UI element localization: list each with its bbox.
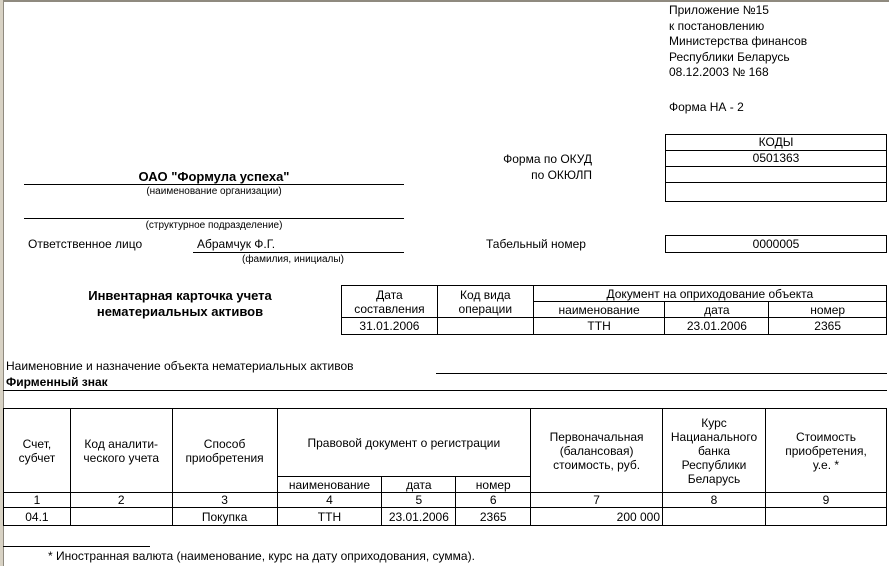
- asset-label-underline: [436, 373, 887, 374]
- okud-label: Форма по ОКУД: [470, 152, 592, 166]
- card-title-line2: нематериальных активов: [40, 304, 320, 320]
- column-number: 4: [277, 493, 382, 508]
- column-number: 7: [531, 493, 663, 508]
- compile-date-cell[interactable]: 31.01.2006: [342, 318, 438, 335]
- op-code-header: Код вида операции: [437, 286, 533, 318]
- appendix-line: Республики Беларусь: [669, 50, 807, 66]
- column-number: 1: [4, 493, 71, 508]
- department-underline: [24, 218, 404, 219]
- appendix-line: 08.12.2003 № 168: [669, 65, 807, 81]
- doc-name-subheader: наименование: [533, 302, 665, 318]
- asset-label: Наименовние и назначение объекта нематер…: [6, 359, 354, 373]
- legal-doc-number-subheader: номер: [456, 477, 531, 493]
- appendix-line: Приложение №15: [669, 3, 807, 19]
- legal-doc-date-subheader: дата: [382, 477, 456, 493]
- responsible-label: Ответственное лицо: [28, 237, 142, 251]
- column-number: 6: [456, 493, 531, 508]
- table-row: 04.1 Покупка ТТН 23.01.2006 2365 200 000: [4, 508, 887, 526]
- codes-title: КОДЫ: [666, 135, 886, 151]
- asset-table: Счет, субчет Код аналити-ческого учета С…: [3, 408, 887, 526]
- window-frame-top: [0, 0, 889, 2]
- card-title-line1: Инвентарная карточка учета: [40, 288, 320, 304]
- doc-name-cell[interactable]: ТТН: [533, 318, 665, 335]
- column-number: 5: [382, 493, 456, 508]
- analytic-code-cell[interactable]: [70, 508, 172, 526]
- table-row: 31.01.2006 ТТН 23.01.2006 2365: [342, 318, 887, 335]
- appendix-block: Приложение №15 к постановлению Министерс…: [669, 3, 807, 81]
- card-title: Инвентарная карточка учета нематериальны…: [40, 288, 320, 320]
- doc-date-subheader: дата: [665, 302, 769, 318]
- column-number: 8: [663, 493, 766, 508]
- legal-doc-name-subheader: наименование: [277, 477, 382, 493]
- form-name: Форма НА - 2: [669, 100, 744, 114]
- appendix-line: к постановлению: [669, 19, 807, 35]
- op-code-cell[interactable]: [437, 318, 533, 335]
- date-header: Дата составления: [342, 286, 438, 318]
- acquisition-cost-cell[interactable]: [765, 508, 886, 526]
- analytic-code-header: Код аналити-ческого учета: [70, 409, 172, 493]
- account-cell[interactable]: 04.1: [4, 508, 71, 526]
- legal-doc-date-cell[interactable]: 23.01.2006: [382, 508, 456, 526]
- tab-number-label: Табельный номер: [486, 237, 586, 251]
- organization-caption: (наименование организации): [24, 186, 404, 197]
- okud-code-field[interactable]: 0501363: [666, 151, 886, 167]
- tab-number-field[interactable]: 0000005: [665, 235, 887, 253]
- okulp-label: по ОКЮЛП: [470, 168, 592, 182]
- footnote-separator: [3, 546, 150, 547]
- receipt-document-table: Дата составления Код вида операции Докум…: [341, 285, 887, 335]
- column-number: 2: [70, 493, 172, 508]
- responsible-value: Абрамчук Ф.Г.: [197, 237, 275, 251]
- legal-doc-name-cell[interactable]: ТТН: [277, 508, 382, 526]
- column-number: 9: [765, 493, 886, 508]
- organization-name: ОАО "Формула успеха": [24, 169, 404, 184]
- acquisition-method-cell[interactable]: Покупка: [172, 508, 277, 526]
- asset-value: Фирменный знак: [6, 375, 108, 389]
- responsible-caption: (фамилия, инициалы): [242, 254, 344, 265]
- extra-code-field[interactable]: [666, 183, 886, 198]
- initial-cost-header: Первоначальная (балансовая) стоимость, р…: [531, 409, 663, 493]
- organization-underline: [24, 184, 404, 185]
- legal-doc-number-cell[interactable]: 2365: [456, 508, 531, 526]
- footnote: * Иностранная валюта (наименование, курс…: [48, 549, 475, 563]
- nbrb-rate-cell[interactable]: [663, 508, 766, 526]
- column-number-row: 1 2 3 4 5 6 7 8 9: [4, 493, 887, 508]
- receipt-doc-header: Документ на оприходование объекта: [533, 286, 886, 302]
- account-header: Счет, субчет: [4, 409, 71, 493]
- appendix-line: Министерства финансов: [669, 34, 807, 50]
- initial-cost-cell[interactable]: 200 000: [531, 508, 663, 526]
- acquisition-cost-header: Стоимость приобретения, у.е. *: [765, 409, 886, 493]
- okulp-code-field[interactable]: [666, 167, 886, 183]
- nbrb-rate-header: Курс Нацианального банка Республики Бела…: [663, 409, 766, 493]
- column-number: 3: [172, 493, 277, 508]
- acquisition-method-header: Способ приобретения: [172, 409, 277, 493]
- asset-value-underline: [3, 390, 887, 391]
- legal-doc-header: Правовой документ о регистрации: [277, 409, 531, 477]
- doc-date-cell[interactable]: 23.01.2006: [665, 318, 769, 335]
- doc-number-cell[interactable]: 2365: [769, 318, 887, 335]
- responsible-underline: [193, 252, 404, 253]
- codes-box: КОДЫ 0501363: [665, 134, 887, 202]
- doc-number-subheader: номер: [769, 302, 887, 318]
- department-caption: (структурное подразделение): [24, 220, 404, 231]
